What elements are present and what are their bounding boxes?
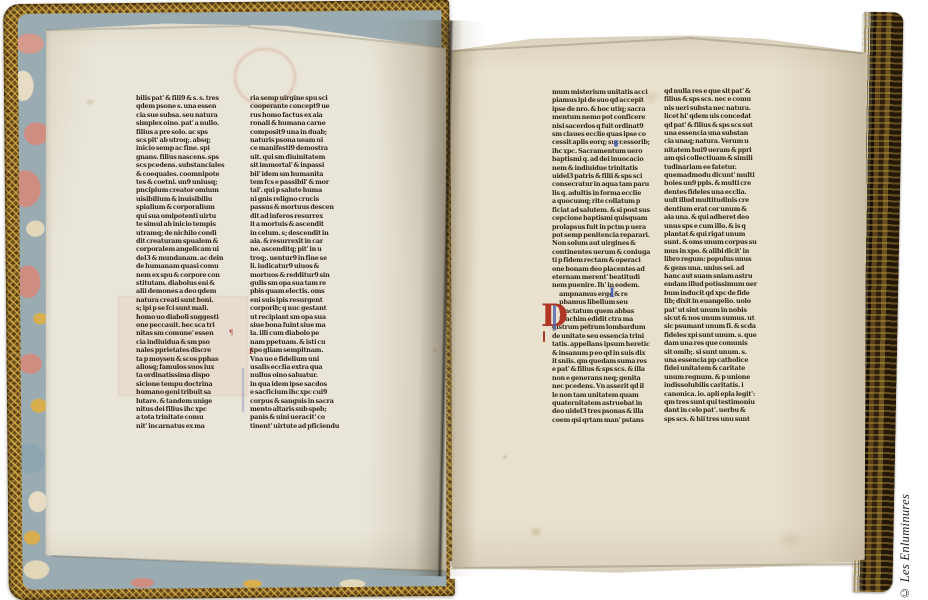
right-vellum-page bbox=[448, 30, 868, 576]
initial-d-blue-flourish bbox=[553, 305, 556, 330]
right-page-column-1: mum misterium unitatis accipiamus ipi de… bbox=[552, 88, 656, 424]
copyright-credit: © Les Enluminures bbox=[898, 460, 913, 600]
illuminated-initial-d: D bbox=[541, 301, 568, 332]
blue-show-through-stroke bbox=[242, 368, 244, 412]
blue-paragraph-mark bbox=[614, 140, 618, 147]
initial-d-red-tail bbox=[543, 331, 545, 342]
blue-initial-i: I bbox=[609, 287, 615, 300]
manuscript-photo: ¶ ſ bilis pat' & fili9 & s. s. tresqdem … bbox=[0, 0, 928, 600]
right-page-column-2: qd nulla res e que sit pat' &filius & sp… bbox=[664, 87, 770, 423]
left-page-column-1: bilis pat' & fili9 & s. s. tresqdem pson… bbox=[136, 94, 240, 430]
left-page-column-2: ria semp uirgine spu scicooperante conce… bbox=[250, 94, 350, 430]
